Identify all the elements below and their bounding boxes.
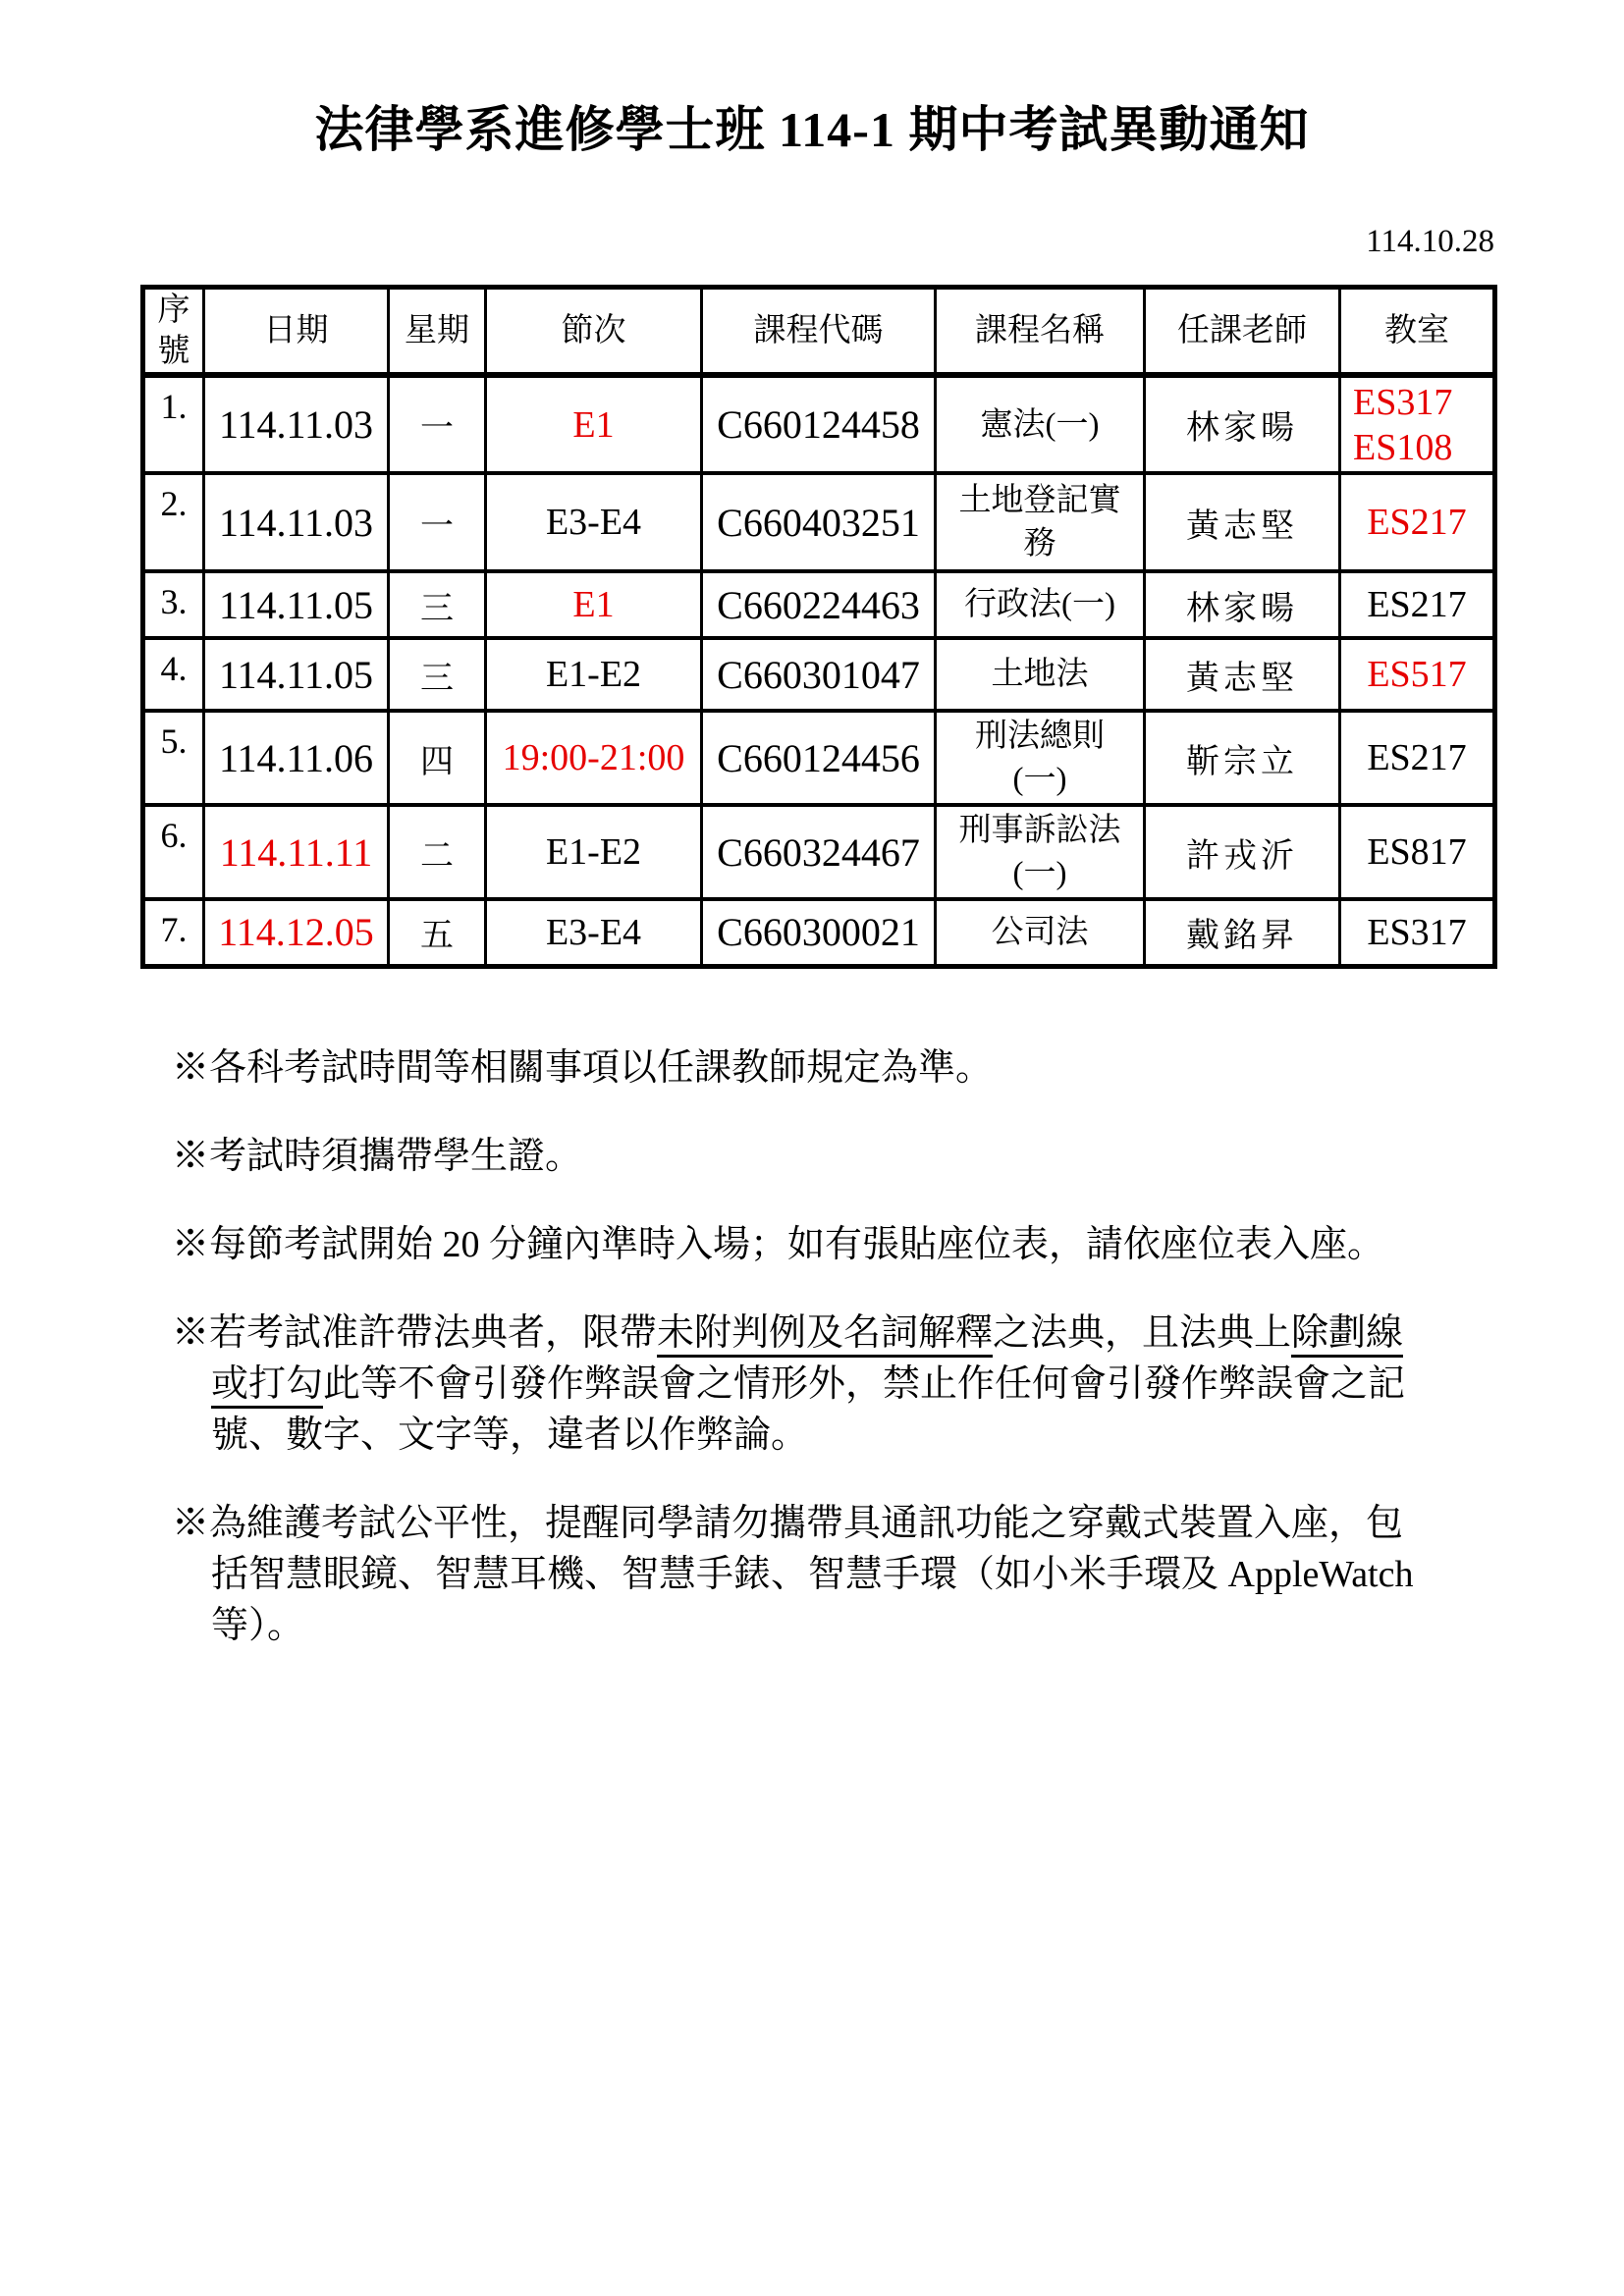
note-line: 或打勾此等不會引發作弊誤會之情形外，禁止作任何會引發作弊誤會之記 <box>172 1359 1565 1410</box>
cell-course: 刑法總則 (一) <box>936 711 1145 805</box>
cell-no: 2. <box>143 473 204 571</box>
cell-weekday: 二 <box>389 805 486 899</box>
cell-no: 5. <box>143 711 204 805</box>
cell-session: E1 <box>486 375 702 473</box>
cell-no: 4. <box>143 638 204 711</box>
underlined-text: 除劃線 <box>1291 1312 1403 1358</box>
col-header-weekday: 星期 <box>389 288 486 376</box>
cell-weekday: 四 <box>389 711 486 805</box>
note-item: ※考試時須攜帶學生證。 <box>172 1131 1565 1182</box>
cell-date: 114.11.03 <box>204 375 389 473</box>
cell-room: ES217 <box>1340 571 1495 638</box>
note-text: ※為維護考試公平性，提醒同學請勿攜帶具通訊功能之穿戴式裝置入座，包 <box>172 1503 1403 1544</box>
cell-code: C660324467 <box>702 805 936 899</box>
cell-teacher: 黃志堅 <box>1145 638 1340 711</box>
table-row: 4. 114.11.05 三 E1-E2 C660301047 土地法 黃志堅 … <box>143 638 1495 711</box>
notes-section: ※各科考試時間等相關事項以任課教師規定為準。※考試時須攜帶學生證。※每節考試開始… <box>172 1042 1565 1688</box>
cell-session: E3-E4 <box>486 473 702 571</box>
note-item: ※每節考試開始 20 分鐘內準時入場；如有張貼座位表，請依座位表入座。 <box>172 1219 1565 1270</box>
table-row: 7. 114.12.05 五 E3-E4 C660300021 公司法 戴銘昇 … <box>143 899 1495 966</box>
cell-room: ES517 <box>1340 638 1495 711</box>
note-text: 此等不會引發作弊誤會之情形外，禁止作任何會引發作弊誤會之記 <box>323 1363 1405 1405</box>
note-line: ※每節考試開始 20 分鐘內準時入場；如有張貼座位表，請依座位表入座。 <box>172 1219 1565 1270</box>
cell-date: 114.12.05 <box>204 899 389 966</box>
cell-teacher: 戴銘昇 <box>1145 899 1340 966</box>
note-line: ※考試時須攜帶學生證。 <box>172 1131 1565 1182</box>
cell-course: 土地法 <box>936 638 1145 711</box>
underlined-text: 未附判例及名詞解釋 <box>657 1312 993 1358</box>
note-text: 括智慧眼鏡、智慧耳機、智慧手錶、智慧手環（如小米手環及 AppleWatch <box>211 1554 1413 1595</box>
col-header-code: 課程代碼 <box>702 288 936 376</box>
cell-no: 3. <box>143 571 204 638</box>
cell-code: C660224463 <box>702 571 936 638</box>
cell-room: ES317 <box>1340 899 1495 966</box>
cell-teacher: 林家暘 <box>1145 571 1340 638</box>
table-row: 6. 114.11.11 二 E1-E2 C660324467 刑事訴訟法 (一… <box>143 805 1495 899</box>
cell-date: 114.11.11 <box>204 805 389 899</box>
note-text: ※各科考試時間等相關事項以任課教師規定為準。 <box>172 1047 993 1089</box>
note-item: ※為維護考試公平性，提醒同學請勿攜帶具通訊功能之穿戴式裝置入座，包括智慧眼鏡、智… <box>172 1498 1565 1651</box>
cell-session: E1-E2 <box>486 805 702 899</box>
cell-course: 刑事訴訟法 (一) <box>936 805 1145 899</box>
note-text: 之法典，且法典上 <box>993 1312 1291 1354</box>
cell-room: ES217 <box>1340 711 1495 805</box>
note-line: ※若考試准許帶法典者，限帶未附判例及名詞解釋之法典，且法典上除劃線 <box>172 1308 1565 1359</box>
cell-no: 1. <box>143 375 204 473</box>
note-line: 括智慧眼鏡、智慧耳機、智慧手錶、智慧手環（如小米手環及 AppleWatch <box>172 1549 1565 1600</box>
cell-course: 行政法(一) <box>936 571 1145 638</box>
cell-code: C660301047 <box>702 638 936 711</box>
cell-weekday: 三 <box>389 571 486 638</box>
cell-teacher: 黃志堅 <box>1145 473 1340 571</box>
cell-room: ES817 <box>1340 805 1495 899</box>
note-item: ※若考試准許帶法典者，限帶未附判例及名詞解釋之法典，且法典上除劃線或打勾此等不會… <box>172 1308 1565 1461</box>
note-text: 號、數字、文字等，違者以作弊論。 <box>211 1415 808 1456</box>
table-row: 3. 114.11.05 三 E1 C660224463 行政法(一) 林家暘 … <box>143 571 1495 638</box>
cell-weekday: 五 <box>389 899 486 966</box>
exam-schedule-table: 序 號 日期 星期 節次 課程代碼 課程名稱 任課老師 教室 1. 114.11… <box>140 285 1497 969</box>
col-header-course: 課程名稱 <box>936 288 1145 376</box>
note-line: 號、數字、文字等，違者以作弊論。 <box>172 1410 1565 1461</box>
cell-date: 114.11.05 <box>204 638 389 711</box>
table-row: 5. 114.11.06 四 19:00-21:00 C660124456 刑法… <box>143 711 1495 805</box>
note-item: ※各科考試時間等相關事項以任課教師規定為準。 <box>172 1042 1565 1094</box>
cell-date: 114.11.05 <box>204 571 389 638</box>
cell-teacher: 許戎沂 <box>1145 805 1340 899</box>
note-text: ※若考試准許帶法典者，限帶 <box>172 1312 657 1354</box>
note-line: ※為維護考試公平性，提醒同學請勿攜帶具通訊功能之穿戴式裝置入座，包 <box>172 1498 1565 1549</box>
cell-code: C660403251 <box>702 473 936 571</box>
cell-teacher: 靳宗立 <box>1145 711 1340 805</box>
note-line: 等）。 <box>172 1600 1565 1651</box>
cell-course: 土地登記實 務 <box>936 473 1145 571</box>
cell-date: 114.11.06 <box>204 711 389 805</box>
cell-course: 憲法(一) <box>936 375 1145 473</box>
cell-code: C660124456 <box>702 711 936 805</box>
note-text: ※考試時須攜帶學生證。 <box>172 1136 582 1177</box>
col-header-session: 節次 <box>486 288 702 376</box>
cell-course: 公司法 <box>936 899 1145 966</box>
note-line: ※各科考試時間等相關事項以任課教師規定為準。 <box>172 1042 1565 1094</box>
cell-weekday: 一 <box>389 473 486 571</box>
cell-no: 6. <box>143 805 204 899</box>
page-title: 法律學系進修學士班 114-1 期中考試異動通知 <box>0 90 1624 161</box>
cell-session: 19:00-21:00 <box>486 711 702 805</box>
cell-no: 7. <box>143 899 204 966</box>
col-header-room: 教室 <box>1340 288 1495 376</box>
document-page: 法律學系進修學士班 114-1 期中考試異動通知 114.10.28 序 號 日… <box>0 0 1624 2296</box>
cell-code: C660124458 <box>702 375 936 473</box>
table-row: 1. 114.11.03 一 E1 C660124458 憲法(一) 林家暘 E… <box>143 375 1495 473</box>
cell-date: 114.11.03 <box>204 473 389 571</box>
cell-session: E3-E4 <box>486 899 702 966</box>
cell-room: ES217 <box>1340 473 1495 571</box>
table-row: 2. 114.11.03 一 E3-E4 C660403251 土地登記實 務 … <box>143 473 1495 571</box>
col-header-no: 序 號 <box>143 288 204 376</box>
cell-session: E1 <box>486 571 702 638</box>
col-header-teacher: 任課老師 <box>1145 288 1340 376</box>
notice-date: 114.10.28 <box>1366 224 1494 260</box>
underlined-text: 或打勾 <box>211 1363 323 1409</box>
cell-weekday: 三 <box>389 638 486 711</box>
note-text: 等）。 <box>211 1605 304 1646</box>
cell-teacher: 林家暘 <box>1145 375 1340 473</box>
table-header-row: 序 號 日期 星期 節次 課程代碼 課程名稱 任課老師 教室 <box>143 288 1495 376</box>
cell-session: E1-E2 <box>486 638 702 711</box>
note-text: ※每節考試開始 20 分鐘內準時入場；如有張貼座位表，請依座位表入座。 <box>172 1224 1384 1265</box>
cell-code: C660300021 <box>702 899 936 966</box>
col-header-date: 日期 <box>204 288 389 376</box>
cell-weekday: 一 <box>389 375 486 473</box>
cell-room: ES317 ES108 <box>1340 375 1495 473</box>
